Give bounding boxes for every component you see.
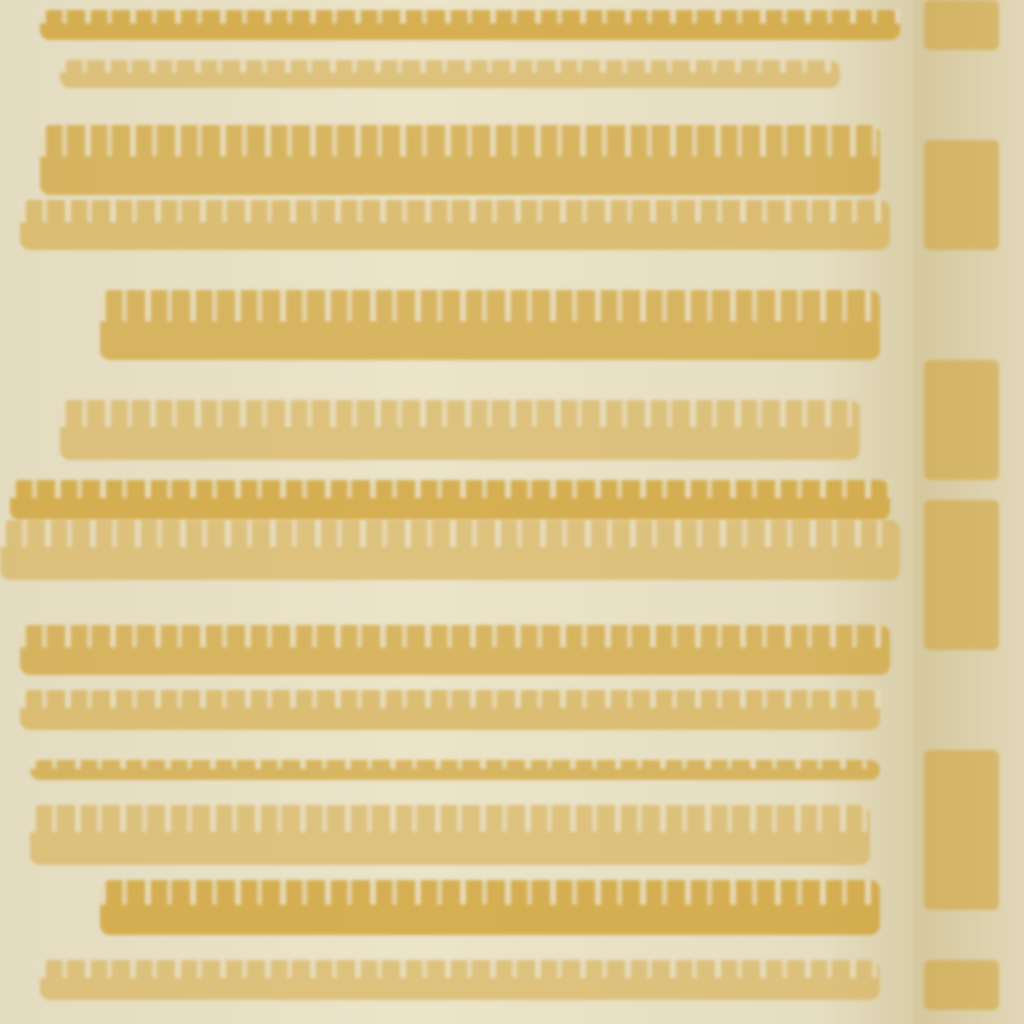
glyph-row — [100, 290, 880, 360]
glyph-row — [40, 960, 880, 1000]
glyph-gaps — [20, 625, 890, 675]
edge-glyph — [924, 360, 999, 480]
glyph-row — [20, 625, 890, 675]
glyph-gaps — [60, 60, 840, 88]
edge-glyph — [924, 750, 999, 910]
glyph-row — [30, 805, 870, 865]
glyph-gaps — [10, 480, 890, 520]
glyph-gaps — [40, 10, 900, 40]
glyph-gaps — [30, 760, 880, 780]
glyph-gaps — [40, 960, 880, 1000]
edge-glyph — [924, 960, 999, 1010]
glyph-gaps — [0, 520, 900, 580]
glyph-gaps — [20, 200, 890, 250]
glyph-gaps — [30, 805, 870, 865]
glyph-gaps — [60, 400, 860, 460]
glyph-row — [40, 10, 900, 40]
glyph-row — [20, 690, 880, 730]
glyph-gaps — [100, 880, 880, 935]
glyph-row — [40, 125, 880, 195]
glyph-gaps — [40, 125, 880, 195]
glyph-row — [10, 480, 890, 520]
glyph-gaps — [20, 690, 880, 730]
edge-glyph — [924, 500, 999, 650]
edge-glyph — [924, 0, 999, 50]
photo-scene — [0, 0, 1024, 1024]
glyph-row — [60, 400, 860, 460]
glyph-row — [60, 60, 840, 88]
edge-glyph — [924, 140, 999, 250]
glyph-gaps — [100, 290, 880, 360]
glyph-row — [100, 880, 880, 935]
glyph-row — [20, 200, 890, 250]
glyph-row — [0, 520, 900, 580]
glyph-row — [30, 760, 880, 780]
